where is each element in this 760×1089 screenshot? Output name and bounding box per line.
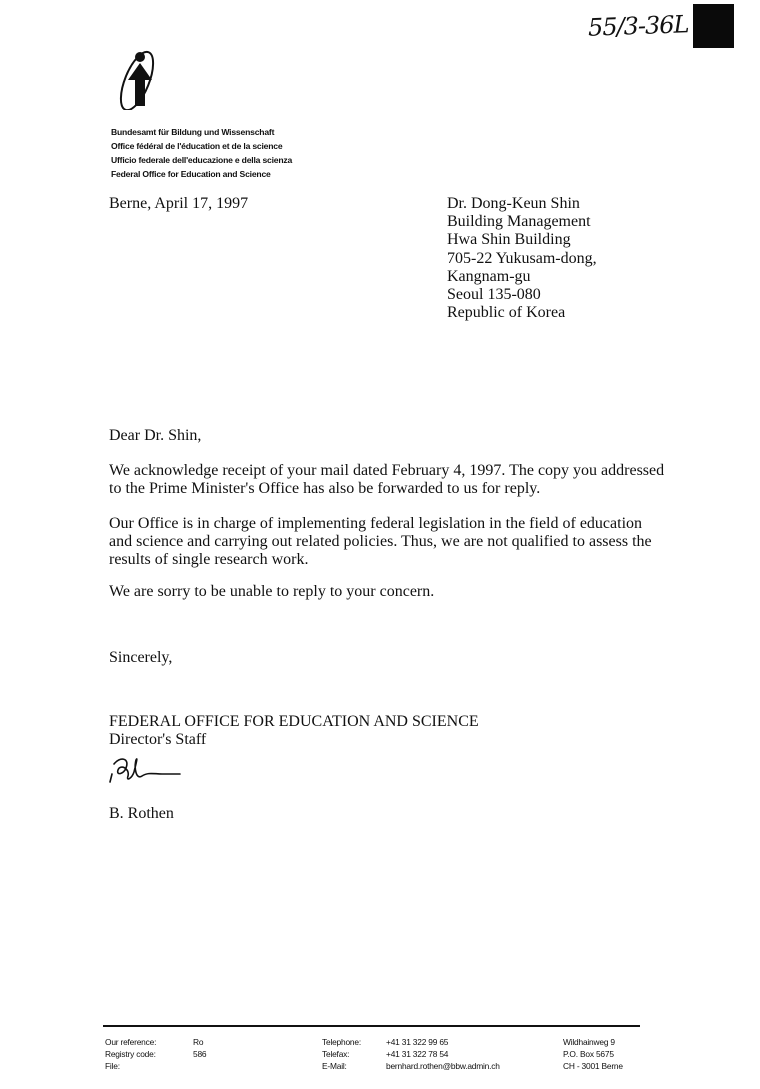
recipient-address: Dr. Dong-Keun Shin Building Management H… (447, 195, 597, 322)
footer-address-line: CH - 3001 Berne (563, 1060, 623, 1072)
footer-telephone: +41 31 322 99 65 (386, 1036, 500, 1048)
signature-department: Director's Staff (109, 731, 479, 749)
recipient-line: Dr. Dong-Keun Shin (447, 195, 597, 213)
footer-label: File: (105, 1060, 156, 1072)
org-name-fr: Office fédéral de l'éducation et de la s… (111, 139, 292, 153)
footer-label: Registry code: (105, 1048, 156, 1060)
recipient-line: Hwa Shin Building (447, 231, 597, 249)
signer-name: B. Rothen (109, 805, 174, 823)
salutation: Dear Dr. Shin, (109, 427, 201, 445)
recipient-line: 705-22 Yukusam-dong, (447, 250, 597, 268)
recipient-line: Seoul 135-080 (447, 286, 597, 304)
closing: Sincerely, (109, 649, 172, 667)
body-paragraph: We acknowledge receipt of your mail date… (109, 462, 669, 498)
org-name-en: Federal Office for Education and Science (111, 167, 292, 181)
footer-label: Telefax: (322, 1048, 361, 1060)
recipient-line: Building Management (447, 213, 597, 231)
footer-values-left: Ro 586 (193, 1036, 206, 1060)
body-paragraph: Our Office is in charge of implementing … (109, 515, 669, 570)
footer-address-line: P.O. Box 5675 (563, 1048, 623, 1060)
footer-divider (103, 1025, 640, 1027)
footer-value: Ro (193, 1036, 206, 1048)
org-name-de: Bundesamt für Bildung und Wissenschaft (111, 125, 292, 139)
footer-labels-mid: Telephone: Telefax: E-Mail: (322, 1036, 361, 1072)
footer-label: Telephone: (322, 1036, 361, 1048)
signature-organization: FEDERAL OFFICE FOR EDUCATION AND SCIENCE… (109, 713, 479, 749)
org-name-it: Ufficio federale dell'educazione e della… (111, 153, 292, 167)
footer-address: Wildhainweg 9 P.O. Box 5675 CH - 3001 Be… (563, 1036, 623, 1072)
footer-email: bernhard.rothen@bbw.admin.ch (386, 1060, 500, 1072)
handwritten-file-code: 55/3-36L (588, 10, 689, 41)
footer-label: Our reference: (105, 1036, 156, 1048)
arrow-up-ellipse-icon (110, 48, 172, 110)
letterhead-org-names: Bundesamt für Bildung und Wissenschaft O… (111, 125, 292, 181)
footer-labels-left: Our reference: Registry code: File: (105, 1036, 156, 1072)
redaction-block (693, 4, 734, 48)
recipient-line: Republic of Korea (447, 304, 597, 322)
footer-values-mid: +41 31 322 99 65 +41 31 322 78 54 bernha… (386, 1036, 500, 1072)
footer-value: 586 (193, 1048, 206, 1060)
recipient-line: Kangnam-gu (447, 268, 597, 286)
footer-telefax: +41 31 322 78 54 (386, 1048, 500, 1060)
footer-label: E-Mail: (322, 1060, 361, 1072)
signature-icon (106, 752, 186, 788)
place-date: Berne, April 17, 1997 (109, 195, 248, 213)
signature-org-name: FEDERAL OFFICE FOR EDUCATION AND SCIENCE (109, 713, 479, 731)
footer-address-line: Wildhainweg 9 (563, 1036, 623, 1048)
body-paragraph: We are sorry to be unable to reply to yo… (109, 583, 669, 601)
